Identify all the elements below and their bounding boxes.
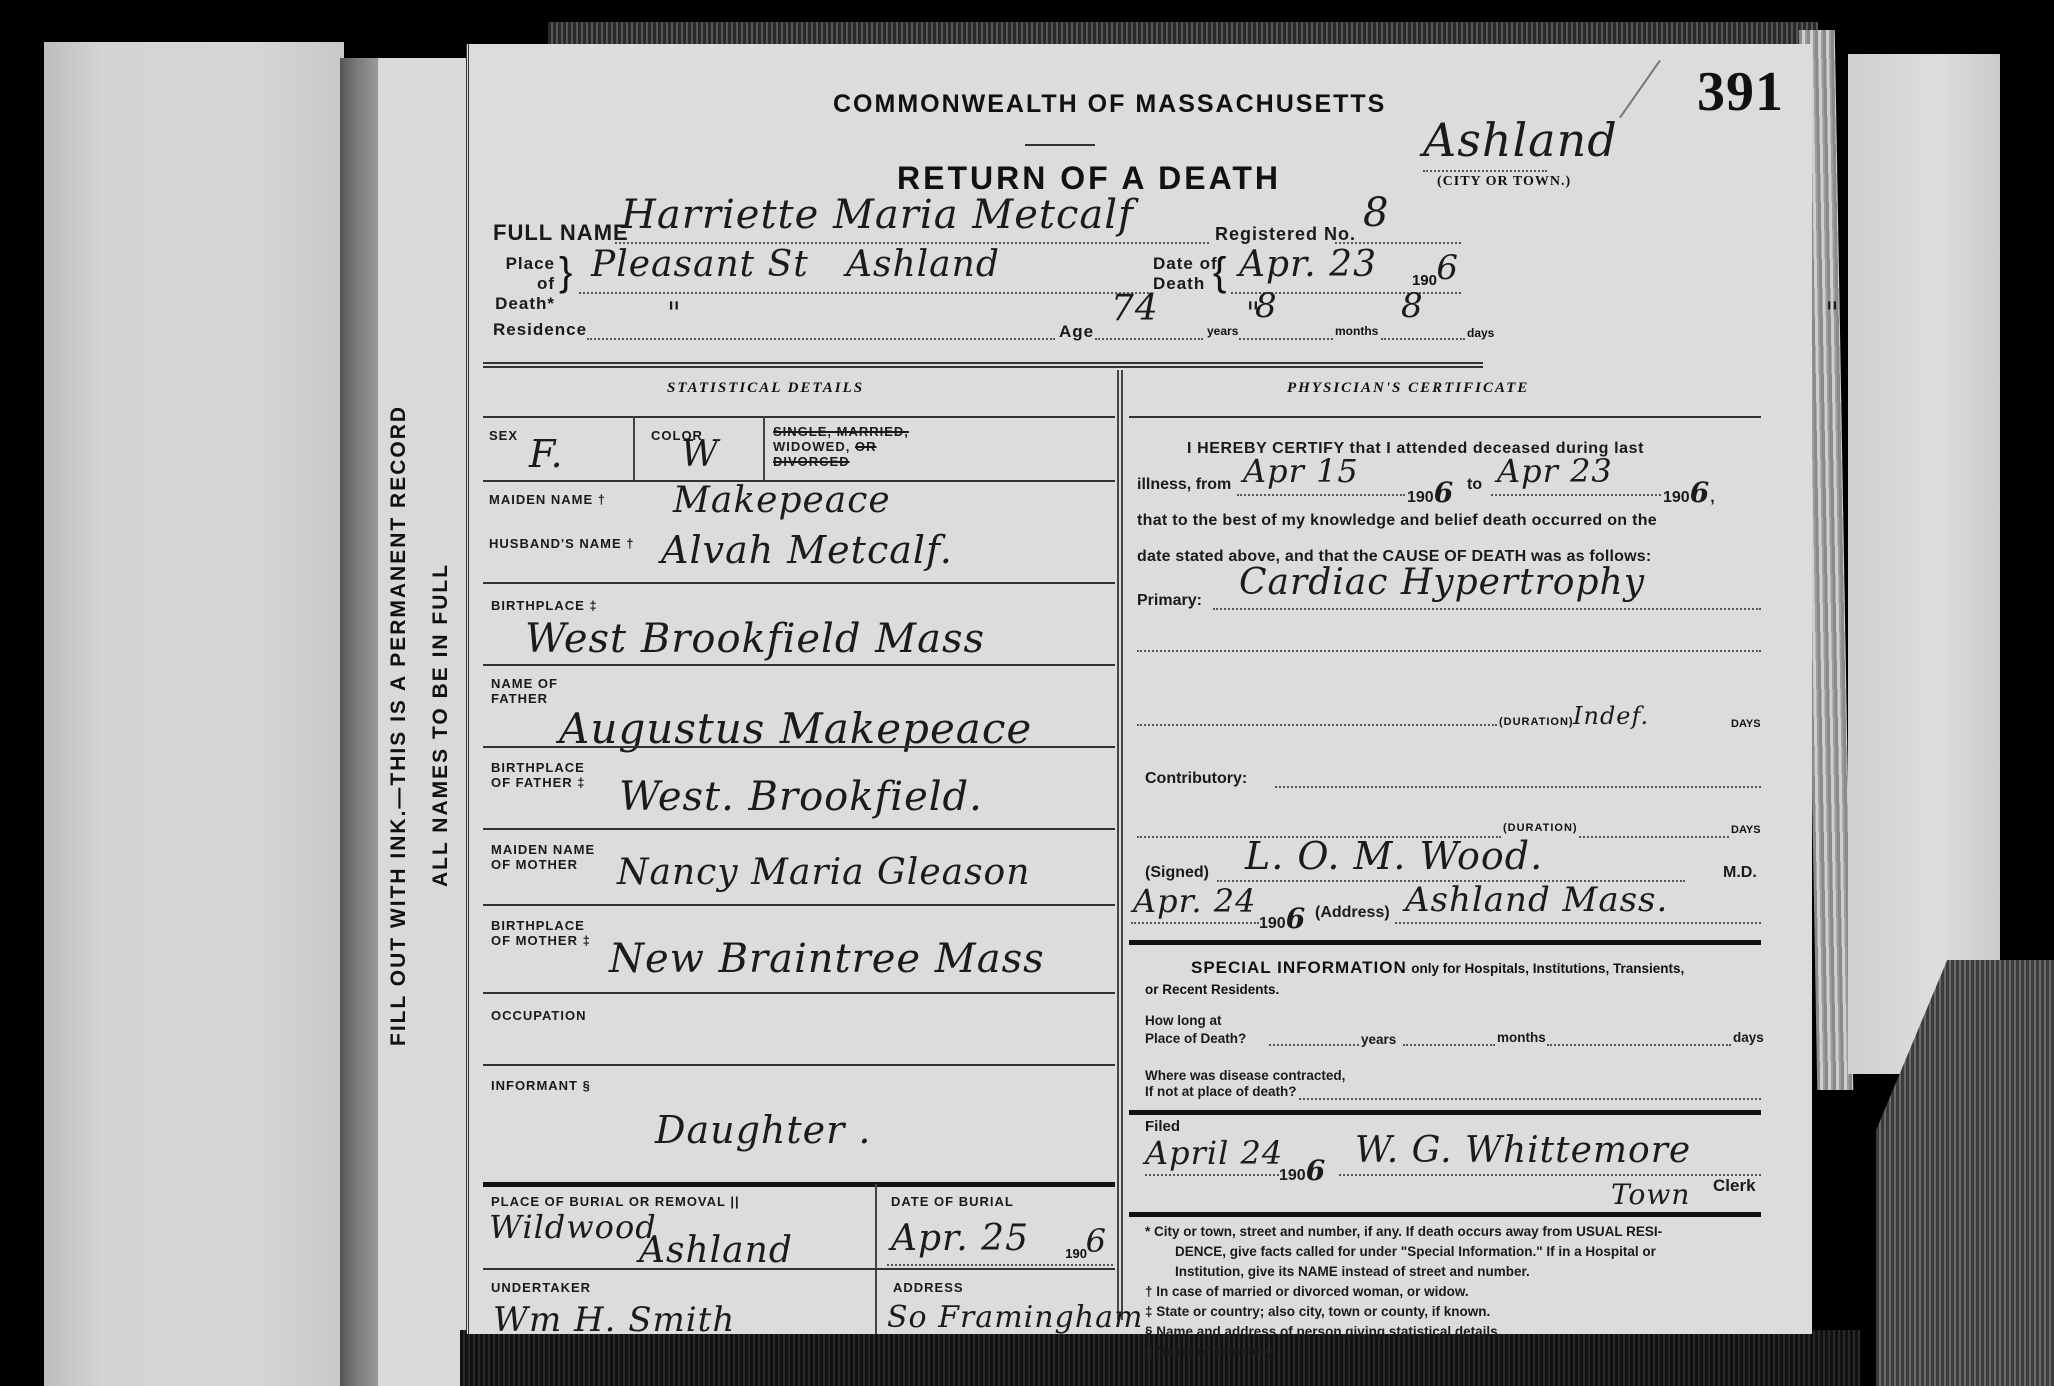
phys-rule-0	[1129, 416, 1761, 418]
footnote-star-3: Institution, give its NAME instead of st…	[1145, 1262, 1765, 1282]
filed-date-field[interactable]: April 24	[1145, 1134, 1279, 1176]
certify-line-3: that to the best of my knowledge and bel…	[1137, 512, 1657, 530]
stat-rule-4	[483, 746, 1115, 748]
sex-color-divider	[633, 416, 635, 480]
filed-top-rule	[1129, 1110, 1761, 1115]
burial-date-field[interactable]: Apr. 25 190 6	[887, 1216, 1113, 1266]
husband-name-label: HUSBAND'S NAME †	[489, 536, 635, 551]
full-name-value: Harriette Maria Metcalf	[621, 192, 1134, 238]
residence-field[interactable]: " " "	[587, 300, 1055, 340]
mother-birthplace-value[interactable]: New Braintree Mass	[609, 936, 1045, 982]
illness-from-label: illness, from	[1137, 476, 1231, 494]
physician-signature: L. O. M. Wood.	[1245, 834, 1543, 878]
mother-bp-label-line2: OF MOTHER ‡	[491, 933, 591, 948]
signed-date-value: Apr. 24	[1133, 882, 1256, 920]
special-heading-rest: only for Hospitals, Institutions, Transi…	[1411, 961, 1684, 976]
maiden-name-label: MAIDEN NAME †	[489, 492, 606, 507]
date-label-line2: Death	[1153, 274, 1218, 294]
place-of-death-value: Pleasant St Ashland	[591, 244, 1000, 285]
city-value: Ashland	[1423, 113, 1618, 167]
how-long-label: How long at Place of Death?	[1145, 1012, 1246, 1048]
to-label: to	[1467, 476, 1482, 494]
city-field[interactable]: Ashland	[1423, 110, 1547, 172]
year-suffix: 6	[1690, 476, 1710, 509]
clerk-signature: W. G. Whittemore	[1355, 1130, 1691, 1171]
father-birthplace-value[interactable]: West. Brookfield.	[619, 774, 983, 820]
days-label: DAYS	[1731, 718, 1761, 730]
how-long-line2: Place of Death?	[1145, 1030, 1246, 1048]
stat-rule-7	[483, 992, 1115, 994]
city-caption: (CITY OR TOWN.)	[1437, 174, 1571, 190]
burial-year-prefix: 190	[1065, 1246, 1087, 1261]
margin-line-1: FILL OUT WITH INK.—THIS IS A PERMANENT R…	[387, 260, 411, 1190]
maiden-name-value[interactable]: Makepeace	[673, 480, 891, 521]
burial-place-label: PLACE OF BURIAL OR REMOVAL ||	[491, 1194, 740, 1209]
father-bp-label-line2: OF FATHER ‡	[491, 775, 586, 790]
mother-maiden-name-label: MAIDEN NAME OF MOTHER	[491, 842, 595, 872]
stat-rule-0	[483, 416, 1115, 418]
illness-from-value: Apr 15	[1243, 452, 1359, 490]
mother-label-line2: OF MOTHER	[491, 857, 595, 872]
physician-address-field[interactable]: Ashland Mass.	[1395, 880, 1761, 924]
how-long-months-field[interactable]	[1403, 1034, 1495, 1046]
margin-instructions: FILL OUT WITH INK.—THIS IS A PERMANENT R…	[370, 260, 470, 1190]
days-label: days	[1467, 326, 1494, 340]
place-of-death-field[interactable]: Pleasant St Ashland	[579, 250, 1149, 294]
registered-field[interactable]: 8	[1335, 194, 1461, 244]
date-of-death-label: Date of Death	[1153, 254, 1218, 294]
primary-cause-field-2[interactable]	[1137, 648, 1761, 652]
signed-year[interactable]: 1906	[1259, 902, 1306, 935]
special-info-heading: SPECIAL INFORMATION only for Hospitals, …	[1191, 958, 1771, 978]
duration-label: (DURATION)	[1499, 716, 1574, 728]
footnote-star-2: DENCE, give facts called for under "Spec…	[1145, 1242, 1765, 1262]
brace: }	[559, 252, 572, 292]
signed-date-field[interactable]: Apr. 24	[1131, 880, 1259, 924]
informant-value[interactable]: Daughter .	[655, 1108, 871, 1152]
filed-label: Filed	[1145, 1118, 1180, 1135]
mother-bp-label-line1: BIRTHPLACE	[491, 918, 591, 933]
commonwealth-heading: COMMONWEALTH OF MASSACHUSETTS	[833, 90, 1386, 119]
father-bp-label-line1: BIRTHPLACE	[491, 760, 586, 775]
illness-to-value: Apr 23	[1497, 452, 1613, 490]
sex-value[interactable]: F.	[529, 432, 564, 476]
place-label-line2: Death*	[493, 294, 555, 314]
burial-top-rule	[483, 1182, 1115, 1187]
months-label: months	[1335, 324, 1378, 338]
date-of-death-value: Apr. 23	[1239, 244, 1377, 285]
father-birthplace-label: BIRTHPLACE OF FATHER ‡	[491, 760, 586, 790]
contributory-label: Contributory:	[1145, 770, 1247, 788]
birthplace-label: BIRTHPLACE ‡	[491, 598, 598, 613]
color-value[interactable]: W	[681, 434, 719, 475]
footnote-parallel: || Name of cemetery.	[1145, 1342, 1765, 1362]
how-long-months-label: months	[1497, 1028, 1546, 1048]
registered-value: 8	[1363, 190, 1389, 236]
primary-cause-value: Cardiac Hypertrophy	[1239, 562, 1645, 603]
illness-from-year[interactable]: 1906	[1407, 476, 1454, 509]
age-years-field[interactable]: 74	[1095, 300, 1203, 340]
page-number: 391	[1697, 60, 1784, 124]
marital-single-married: SINGLE, MARRIED,	[773, 424, 909, 439]
date-label-line1: Date of	[1153, 254, 1218, 274]
statistical-details-title: STATISTICAL DETAILS	[667, 380, 864, 397]
clerk-label: Clerk	[1713, 1176, 1756, 1196]
occupation-label: OCCUPATION	[491, 1008, 586, 1023]
primary-duration-lead	[1137, 722, 1497, 726]
filed-date-value: April 24	[1145, 1134, 1283, 1172]
signed-field[interactable]: L. O. M. Wood.	[1217, 836, 1685, 882]
illness-from-field[interactable]: Apr 15	[1237, 458, 1405, 496]
informant-label: INFORMANT §	[491, 1078, 591, 1093]
footnote-dagger: † In case of married or divorced woman, …	[1145, 1282, 1765, 1302]
column-divider	[1117, 370, 1119, 1320]
burial-place-value-1[interactable]: Wildwood	[489, 1208, 657, 1246]
age-days-value: 8	[1401, 286, 1424, 326]
duration-label-2: (DURATION)	[1503, 822, 1578, 834]
footnote-section: § Name and address of person giving stat…	[1145, 1322, 1765, 1342]
year-prefix: 190	[1259, 915, 1286, 932]
brace: {	[1213, 252, 1226, 292]
special-heading-line2: or Recent Residents.	[1145, 982, 1279, 997]
stat-rule-5	[483, 828, 1115, 830]
burial-mid-rule	[483, 1268, 1115, 1270]
age-months-field[interactable]: 8	[1239, 300, 1333, 340]
residence-label: Residence	[493, 320, 587, 340]
special-top-rule	[1129, 940, 1761, 945]
how-long-years-label: years	[1361, 1030, 1396, 1050]
filed-year[interactable]: 1906	[1279, 1154, 1326, 1187]
marital-or: OR	[855, 439, 877, 454]
left-book-page	[44, 42, 344, 1386]
stat-rule-6	[483, 904, 1115, 906]
undertaker-label: UNDERTAKER	[491, 1280, 591, 1295]
place-label-line1: Place of	[493, 254, 555, 294]
check-mark	[1619, 60, 1661, 118]
physician-address-value: Ashland Mass.	[1405, 880, 1668, 920]
header-divider	[483, 362, 1483, 364]
age-years-value: 74	[1111, 288, 1159, 329]
special-heading: SPECIAL INFORMATION	[1191, 958, 1407, 977]
undertaker-address-label: ADDRESS	[893, 1280, 964, 1295]
mother-label-line1: MAIDEN NAME	[491, 842, 595, 857]
right-flyleaf	[1848, 54, 2000, 1074]
age-months-value: 8	[1255, 286, 1278, 326]
father-name-label: NAME OF FATHER	[491, 676, 558, 706]
primary-label: Primary:	[1137, 592, 1202, 610]
contributory-field[interactable]	[1275, 766, 1761, 788]
full-name-field[interactable]: Harriette Maria Metcalf	[615, 194, 1209, 244]
year-prefix: 190	[1663, 489, 1690, 506]
undertaker-address-value[interactable]: So Framingham	[887, 1300, 1143, 1335]
burial-date-value: Apr. 25	[891, 1218, 1029, 1259]
marital-divorced: DIVORCED	[773, 454, 850, 469]
mother-birthplace-label: BIRTHPLACE OF MOTHER ‡	[491, 918, 591, 948]
margin-line-2: ALL NAMES TO BE IN FULL	[429, 465, 453, 985]
stat-rule-2	[483, 582, 1115, 584]
illness-to-year[interactable]: 1906,	[1663, 476, 1715, 509]
undertaker-value[interactable]: Wm H. Smith	[493, 1300, 735, 1340]
years-label: years	[1207, 324, 1238, 338]
year-prefix: 190	[1279, 1167, 1306, 1184]
date-year-suffix: 6	[1436, 248, 1459, 288]
footnote-double-dagger: ‡ State or country; also city, town or c…	[1145, 1302, 1765, 1322]
primary-duration-value[interactable]: Indef.	[1573, 702, 1649, 730]
how-long-years-field[interactable]	[1269, 1034, 1359, 1046]
birthplace-value[interactable]: West Brookfield Mass	[525, 616, 985, 662]
marital-status[interactable]: SINGLE, MARRIED, WIDOWED, OR DIVORCED	[773, 424, 909, 469]
where-contracted-field[interactable]	[1299, 1088, 1761, 1100]
footnote-star-1: * City or town, street and number, if an…	[1145, 1222, 1765, 1242]
heading-rule	[1025, 144, 1095, 146]
burial-date-label: DATE OF BURIAL	[891, 1194, 1014, 1209]
primary-cause-field[interactable]: Cardiac Hypertrophy	[1213, 570, 1761, 610]
place-of-death-label: Place of Death*	[493, 254, 555, 314]
year-prefix: 190	[1407, 489, 1434, 506]
how-long-days-label: days	[1733, 1028, 1764, 1048]
burial-place-value-2[interactable]: Ashland	[639, 1230, 793, 1271]
burial-year-suffix: 6	[1086, 1222, 1107, 1260]
age-label: Age	[1059, 322, 1094, 342]
where-line1: Where was disease contracted,	[1145, 1068, 1345, 1084]
footnotes: * City or town, street and number, if an…	[1145, 1222, 1765, 1362]
burial-divider	[875, 1184, 877, 1334]
header-divider-2	[483, 366, 1483, 368]
how-long-line1: How long at	[1145, 1012, 1246, 1030]
year-suffix: 6	[1434, 476, 1454, 509]
age-days-field[interactable]: 8	[1381, 300, 1465, 340]
clerk-signature-field[interactable]: W. G. Whittemore	[1339, 1134, 1761, 1176]
stat-rule-8	[483, 1064, 1115, 1066]
occupation-value[interactable]	[629, 1034, 1049, 1074]
death-return-form: 391 COMMONWEALTH OF MASSACHUSETTS RETURN…	[466, 44, 1812, 1334]
father-label-line2: FATHER	[491, 691, 558, 706]
clerk-type: Town	[1611, 1178, 1690, 1211]
physician-address-label: (Address)	[1315, 904, 1390, 922]
stat-rule-3	[483, 664, 1115, 666]
how-long-days-field[interactable]	[1547, 1034, 1731, 1046]
year-suffix: 6	[1306, 1154, 1326, 1187]
mother-maiden-name-value[interactable]: Nancy Maria Gleason	[617, 852, 1030, 893]
marital-widowed: WIDOWED,	[773, 439, 850, 454]
husband-name-value[interactable]: Alvah Metcalf.	[661, 528, 953, 572]
illness-to-field[interactable]: Apr 23	[1491, 458, 1661, 496]
footnotes-top-rule	[1129, 1212, 1761, 1217]
father-label-line1: NAME OF	[491, 676, 558, 691]
days-label-2: DAYS	[1731, 824, 1761, 836]
sex-label: SEX	[489, 428, 518, 443]
full-name-label: FULL NAME	[493, 220, 629, 246]
year-suffix: 6	[1286, 902, 1306, 935]
column-divider-2	[1121, 370, 1123, 1320]
color-marital-divider	[763, 416, 765, 480]
physicians-certificate-title: PHYSICIAN'S CERTIFICATE	[1287, 380, 1529, 397]
